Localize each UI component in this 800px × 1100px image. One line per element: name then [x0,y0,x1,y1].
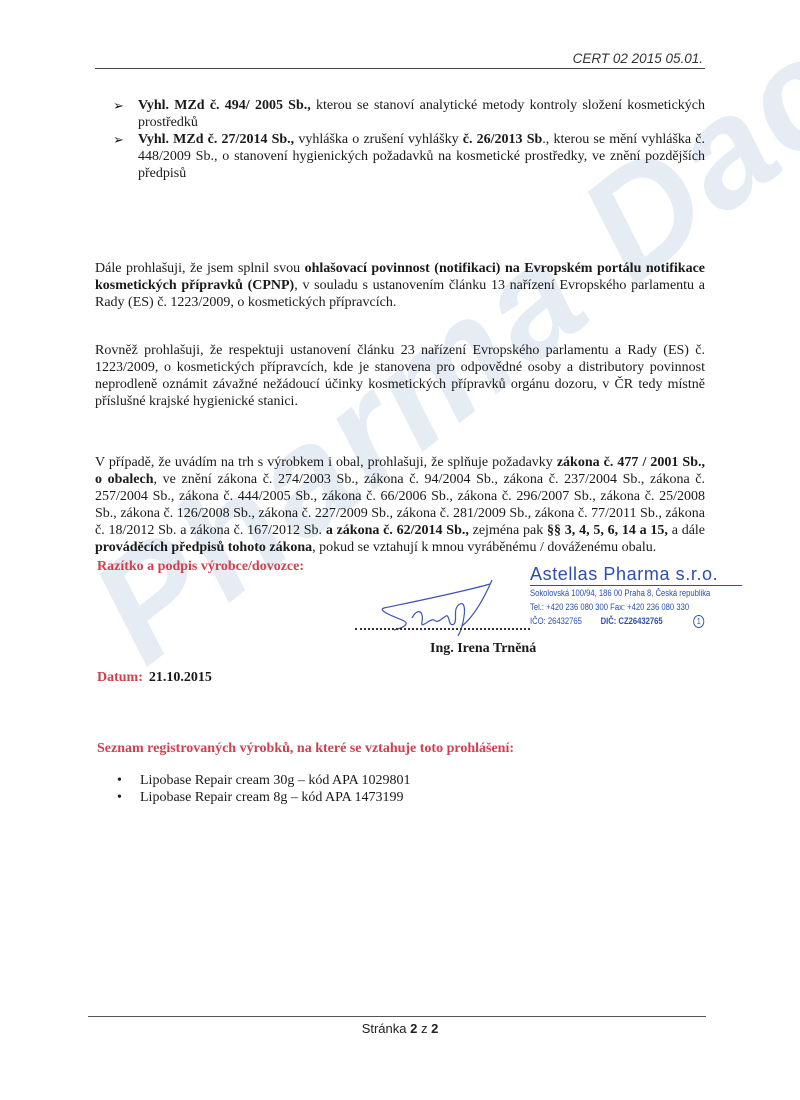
signature-line [355,618,530,630]
page-total: 2 [431,1021,438,1036]
bold-text: a zákona č. 62/2014 Sb., [326,523,469,538]
products-title: Seznam registrovaných výrobků, na které … [97,741,514,757]
handwritten-signature [372,578,502,640]
list-item: • Lipobase Repair cream 30g – kód APA 10… [117,772,411,789]
stamp-ico: IČO: 26432765 [530,614,582,628]
stamp-dic: DIČ: CZ26432765 [601,614,663,628]
page-prefix: Stránka [362,1021,410,1036]
stamp-phone: Tel.: +420 236 080 300 Fax: +420 236 080… [530,600,710,614]
page-sep: z [417,1021,431,1036]
regulation-list: ➢ Vyhl. MZd č. 494/ 2005 Sb., kterou se … [113,97,705,182]
regulation-ref: č. 26/2013 Sb [463,132,543,147]
regulation-ref: Vyhl. MZd č. 494/ 2005 Sb., [138,98,311,113]
text: zejména pak [469,523,547,538]
company-stamp: Astellas Pharma s.r.o. Sokolovská 100/94… [530,563,742,628]
list-item: • Lipobase Repair cream 8g – kód APA 147… [117,789,411,806]
signer-name: Ing. Irena Trněná [430,641,536,657]
cpnp-paragraph: Dále prohlašuji, že jsem splnil svou ohl… [95,260,705,311]
product-name: Lipobase Repair cream 8g – kód APA 14731… [140,790,404,805]
bold-text: prováděcích předpisů tohoto zákona [95,540,312,555]
regulation-text: vyhláška o zrušení vyhlášky [294,132,463,147]
packaging-paragraph: V případě, že uvádím na trh s výrobkem i… [95,454,705,556]
page-number: Stránka 2 z 2 [0,1021,800,1036]
arrow-bullet-icon: ➢ [113,131,124,148]
stamp-signature-label: Razítko a podpis výrobce/dovozce: [97,559,304,575]
arrow-bullet-icon: ➢ [113,97,124,114]
text: a dále [668,523,705,538]
date-label: Datum: [97,670,143,685]
regulation-item: ➢ Vyhl. MZd č. 27/2014 Sb., vyhláška o z… [113,131,705,182]
text: Dále prohlašuji, že jsem splnil svou [95,261,305,276]
article23-paragraph: Rovněž prohlašuji, že respektuji ustanov… [95,342,705,410]
page-header: CERT 02 2015 05.01. [95,48,705,69]
text: , pokud se vztahují k mnou vyráběnému / … [312,540,656,555]
product-list: • Lipobase Repair cream 30g – kód APA 10… [117,772,411,806]
bold-text: §§ 3, 4, 5, 6, 14 a 15, [547,523,668,538]
regulation-item: ➢ Vyhl. MZd č. 494/ 2005 Sb., kterou se … [113,97,705,131]
stamp-number-icon: 1 [693,615,704,628]
stamp-company-name: Astellas Pharma s.r.o. [530,563,742,586]
text: V případě, že uvádím na trh s výrobkem i… [95,455,557,470]
bullet-icon: • [117,772,122,789]
date-value: 21.10.2015 [149,670,212,685]
document-code: CERT 02 2015 05.01. [573,51,703,66]
bullet-icon: • [117,789,122,806]
stamp-address: Sokolovská 100/94, 186 00 Praha 8, Česká… [530,586,710,600]
stamp-ids: IČO: 26432765 DIČ: CZ26432765 1 [530,614,710,628]
footer-divider [88,1016,706,1017]
date-row: Datum:21.10.2015 [97,670,212,686]
product-name: Lipobase Repair cream 30g – kód APA 1029… [140,773,411,788]
regulation-ref: Vyhl. MZd č. 27/2014 Sb., [138,132,294,147]
